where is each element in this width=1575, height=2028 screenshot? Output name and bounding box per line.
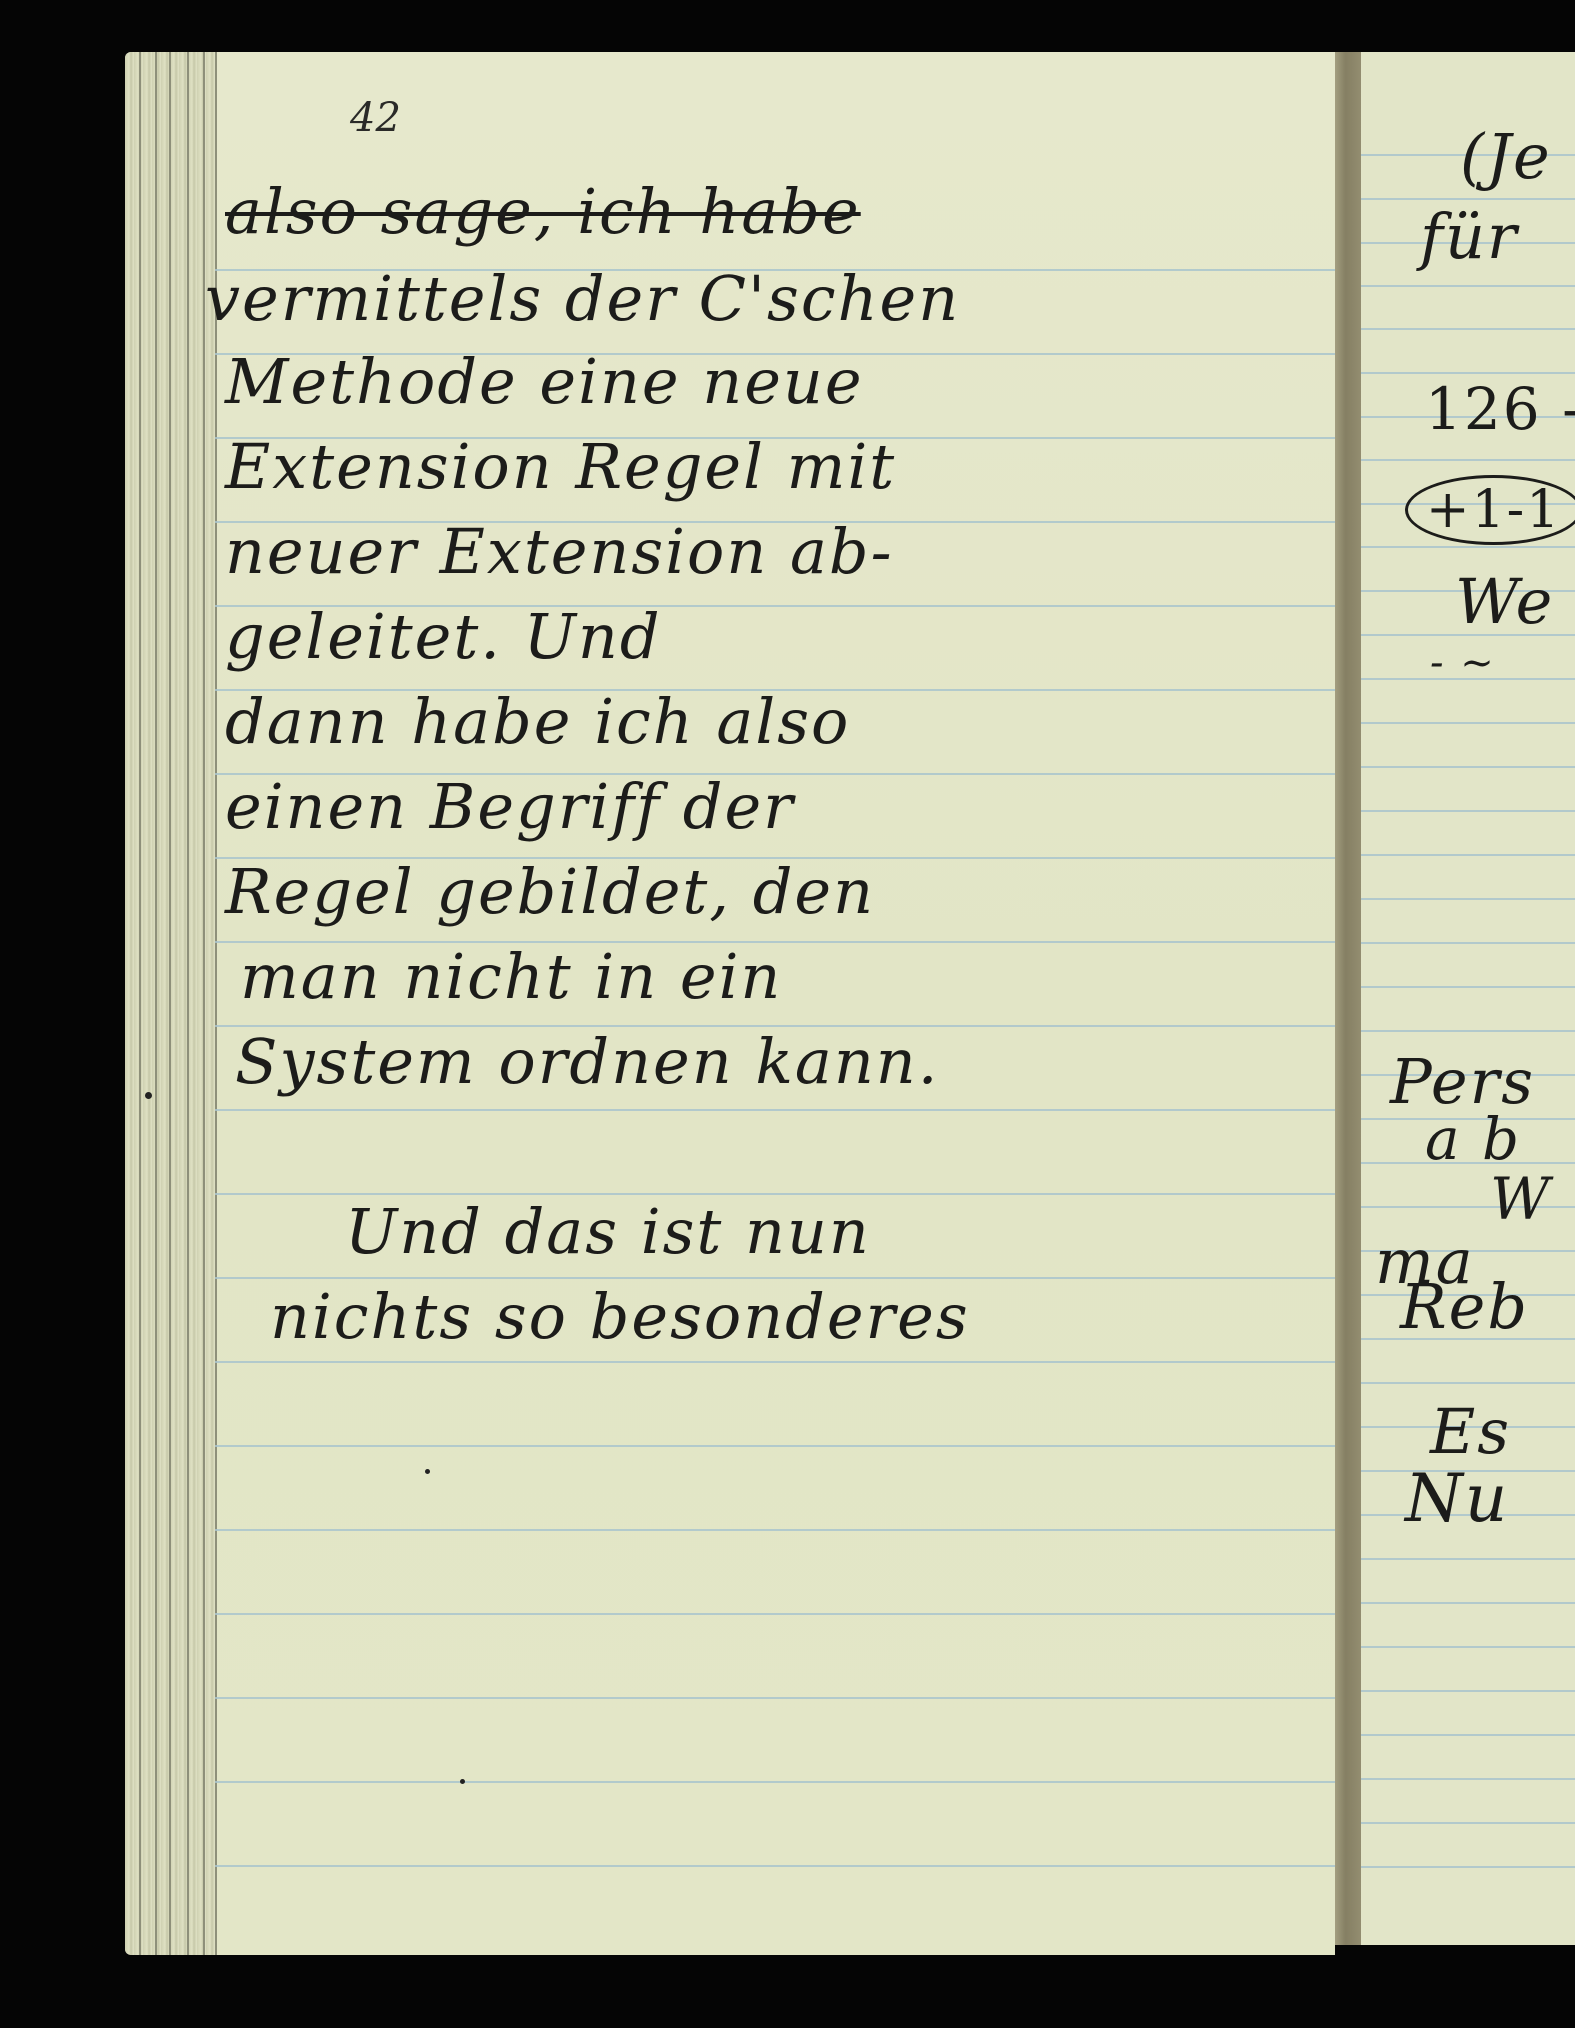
handwritten-line-2: vermittels der C'schen — [205, 262, 960, 335]
rule-line — [1361, 1558, 1575, 1560]
right-fragment-11: Reb — [1400, 1270, 1529, 1343]
rule-line — [1361, 1646, 1575, 1648]
rule-line — [1361, 372, 1575, 374]
right-fragment-4-circled: +1-1 — [1405, 475, 1575, 545]
right-fragment-13: Nu — [1405, 1460, 1509, 1537]
page-edge-line — [155, 52, 157, 1955]
rule-line — [1361, 1382, 1575, 1384]
rule-line — [1361, 722, 1575, 724]
rule-line — [1361, 1690, 1575, 1692]
page-edge-line — [169, 52, 171, 1955]
right-fragment-2: für — [1420, 200, 1519, 273]
handwritten-line-8: einen Begriff der — [225, 770, 795, 843]
rule-line — [1361, 285, 1575, 287]
right-fragment-9: W — [1490, 1165, 1552, 1233]
rule-line — [1361, 1822, 1575, 1824]
page-edge-line — [139, 52, 141, 1955]
rule-line — [215, 1697, 1335, 1699]
handwritten-line-12: Und das ist nun — [345, 1195, 871, 1268]
right-fragment-5: We — [1455, 565, 1554, 638]
handwritten-line-13: nichts so besonderes — [270, 1280, 970, 1353]
handwritten-line-9: Regel gebildet, den — [225, 855, 875, 928]
rule-line — [215, 1613, 1335, 1615]
margin-ink-dot — [145, 1092, 152, 1099]
rule-line — [215, 1865, 1335, 1867]
right-fragment-8: a b — [1425, 1105, 1521, 1173]
right-fragment-3: 126 - — [1425, 375, 1575, 443]
rule-line — [215, 1529, 1335, 1531]
rule-line — [215, 1109, 1335, 1111]
right-fragment-1: (Je — [1460, 120, 1552, 193]
rule-line — [1361, 1778, 1575, 1780]
rule-line — [1361, 942, 1575, 944]
rule-line — [1361, 1734, 1575, 1736]
rule-line — [1361, 328, 1575, 330]
page-number: 42 — [350, 95, 401, 141]
rule-line — [1361, 854, 1575, 856]
page-edge-line — [203, 52, 205, 1955]
rule-line — [1361, 546, 1575, 548]
rule-line — [1361, 986, 1575, 988]
handwritten-line-5: neuer Extension ab- — [225, 515, 894, 588]
page-edge-line — [187, 52, 189, 1955]
rule-line — [1361, 898, 1575, 900]
right-notebook-page — [1361, 52, 1575, 1945]
rule-line — [215, 1277, 1335, 1279]
handwritten-line-4: Extension Regel mit — [225, 430, 896, 503]
ink-speck — [425, 1469, 430, 1474]
struck-text: also sage, ich habe — [225, 175, 861, 248]
rule-line — [1361, 459, 1575, 461]
rule-line — [215, 1361, 1335, 1363]
rule-line — [1361, 1866, 1575, 1868]
rule-line — [1361, 1602, 1575, 1604]
handwritten-line-7: dann habe ich also — [225, 685, 850, 758]
handwritten-line-3: Methode eine neue — [225, 345, 864, 418]
handwritten-line-6: geleitet. Und — [225, 600, 662, 673]
handwritten-line-10: man nicht in ein — [240, 940, 782, 1013]
rule-line — [1361, 1030, 1575, 1032]
page-edge-line — [215, 52, 217, 1955]
handwritten-line-1: also sage, ich habe — [225, 175, 861, 248]
right-fragment-6: - ~ — [1430, 640, 1496, 686]
rule-line — [215, 1781, 1335, 1783]
book-gutter — [1335, 52, 1361, 1945]
ink-speck — [460, 1779, 465, 1784]
rule-line — [1361, 766, 1575, 768]
rule-line — [215, 1445, 1335, 1447]
handwritten-line-11: System ordnen kann. — [235, 1025, 939, 1098]
right-fragment-12: Es — [1430, 1395, 1511, 1468]
rule-line — [1361, 810, 1575, 812]
page-edge-stack — [125, 52, 217, 1955]
